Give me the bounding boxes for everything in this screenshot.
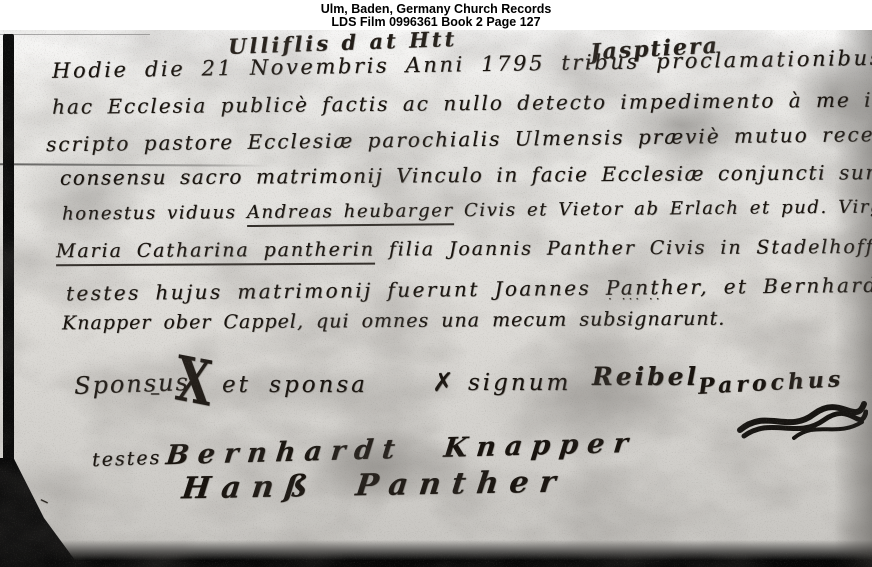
record-line-1: Hodie die 21 Novembris Anni 1795 tribus … [52,45,872,83]
record-line-5-pre: honestus viduus [62,202,247,225]
signature-flourish [736,390,868,442]
record-line-6-post: filia Joannis Panther Civis in Stadelhof… [375,236,872,261]
record-line-5-post: Civis et Vietor ab Erlach et pud. Virgo [454,196,872,221]
underlined-groom-name: Andreas heubarger [247,200,454,227]
record-line-6: Maria Catharina pantherin filia Joannis … [56,236,872,262]
ink-dots-mark: · ··· ·· [608,292,663,306]
sponsus-x-mark: X [172,342,215,421]
record-line-8: Knapper ober Cappel, qui omnes una mecum… [62,308,725,335]
underlined-bride-name: Maria Catharina pantherin [56,239,375,267]
scan-edge-bottom [0,540,872,567]
sponsa-label: et sponsa [222,372,368,398]
caption-subtitle: LDS Film 0996361 Book 2 Page 127 [0,16,872,29]
fold-crease [0,34,150,35]
scan-corner-bottom-left [0,458,80,567]
caption-title: Ulm, Baden, Germany Church Records [0,2,872,16]
caption-header: Ulm, Baden, Germany Church Records LDS F… [0,0,872,30]
witness-signature-2: Hanß Panther [180,465,569,507]
priest-signature: Reibel [592,362,699,391]
signum-label: signum [468,370,571,396]
witnesses-label: testes [92,447,162,471]
sponsa-x-mark: ✗ [432,368,454,398]
record-line-5: honestus viduus Andreas heubarger Civis … [62,196,872,224]
record-line-7: testes hujus matrimonij fuerunt Joannes … [66,273,872,306]
scan-edge-left [3,34,14,567]
sponsus-dash: – [150,380,160,404]
record-line-3: scripto pastore Ecclesiæ parochialis Ulm… [46,122,872,157]
ink-stain [15,142,150,242]
sponsus-label: Sponsus [74,368,191,400]
stray-ink-mark: – [36,489,53,512]
screenshot-page: Ulm, Baden, Germany Church Records LDS F… [0,0,872,567]
document-scan: Ulliflis d at Htt Jasptiera Hodie die 21… [0,30,872,567]
record-line-4: consensu sacro matrimonij Vinculo in fac… [60,160,872,190]
